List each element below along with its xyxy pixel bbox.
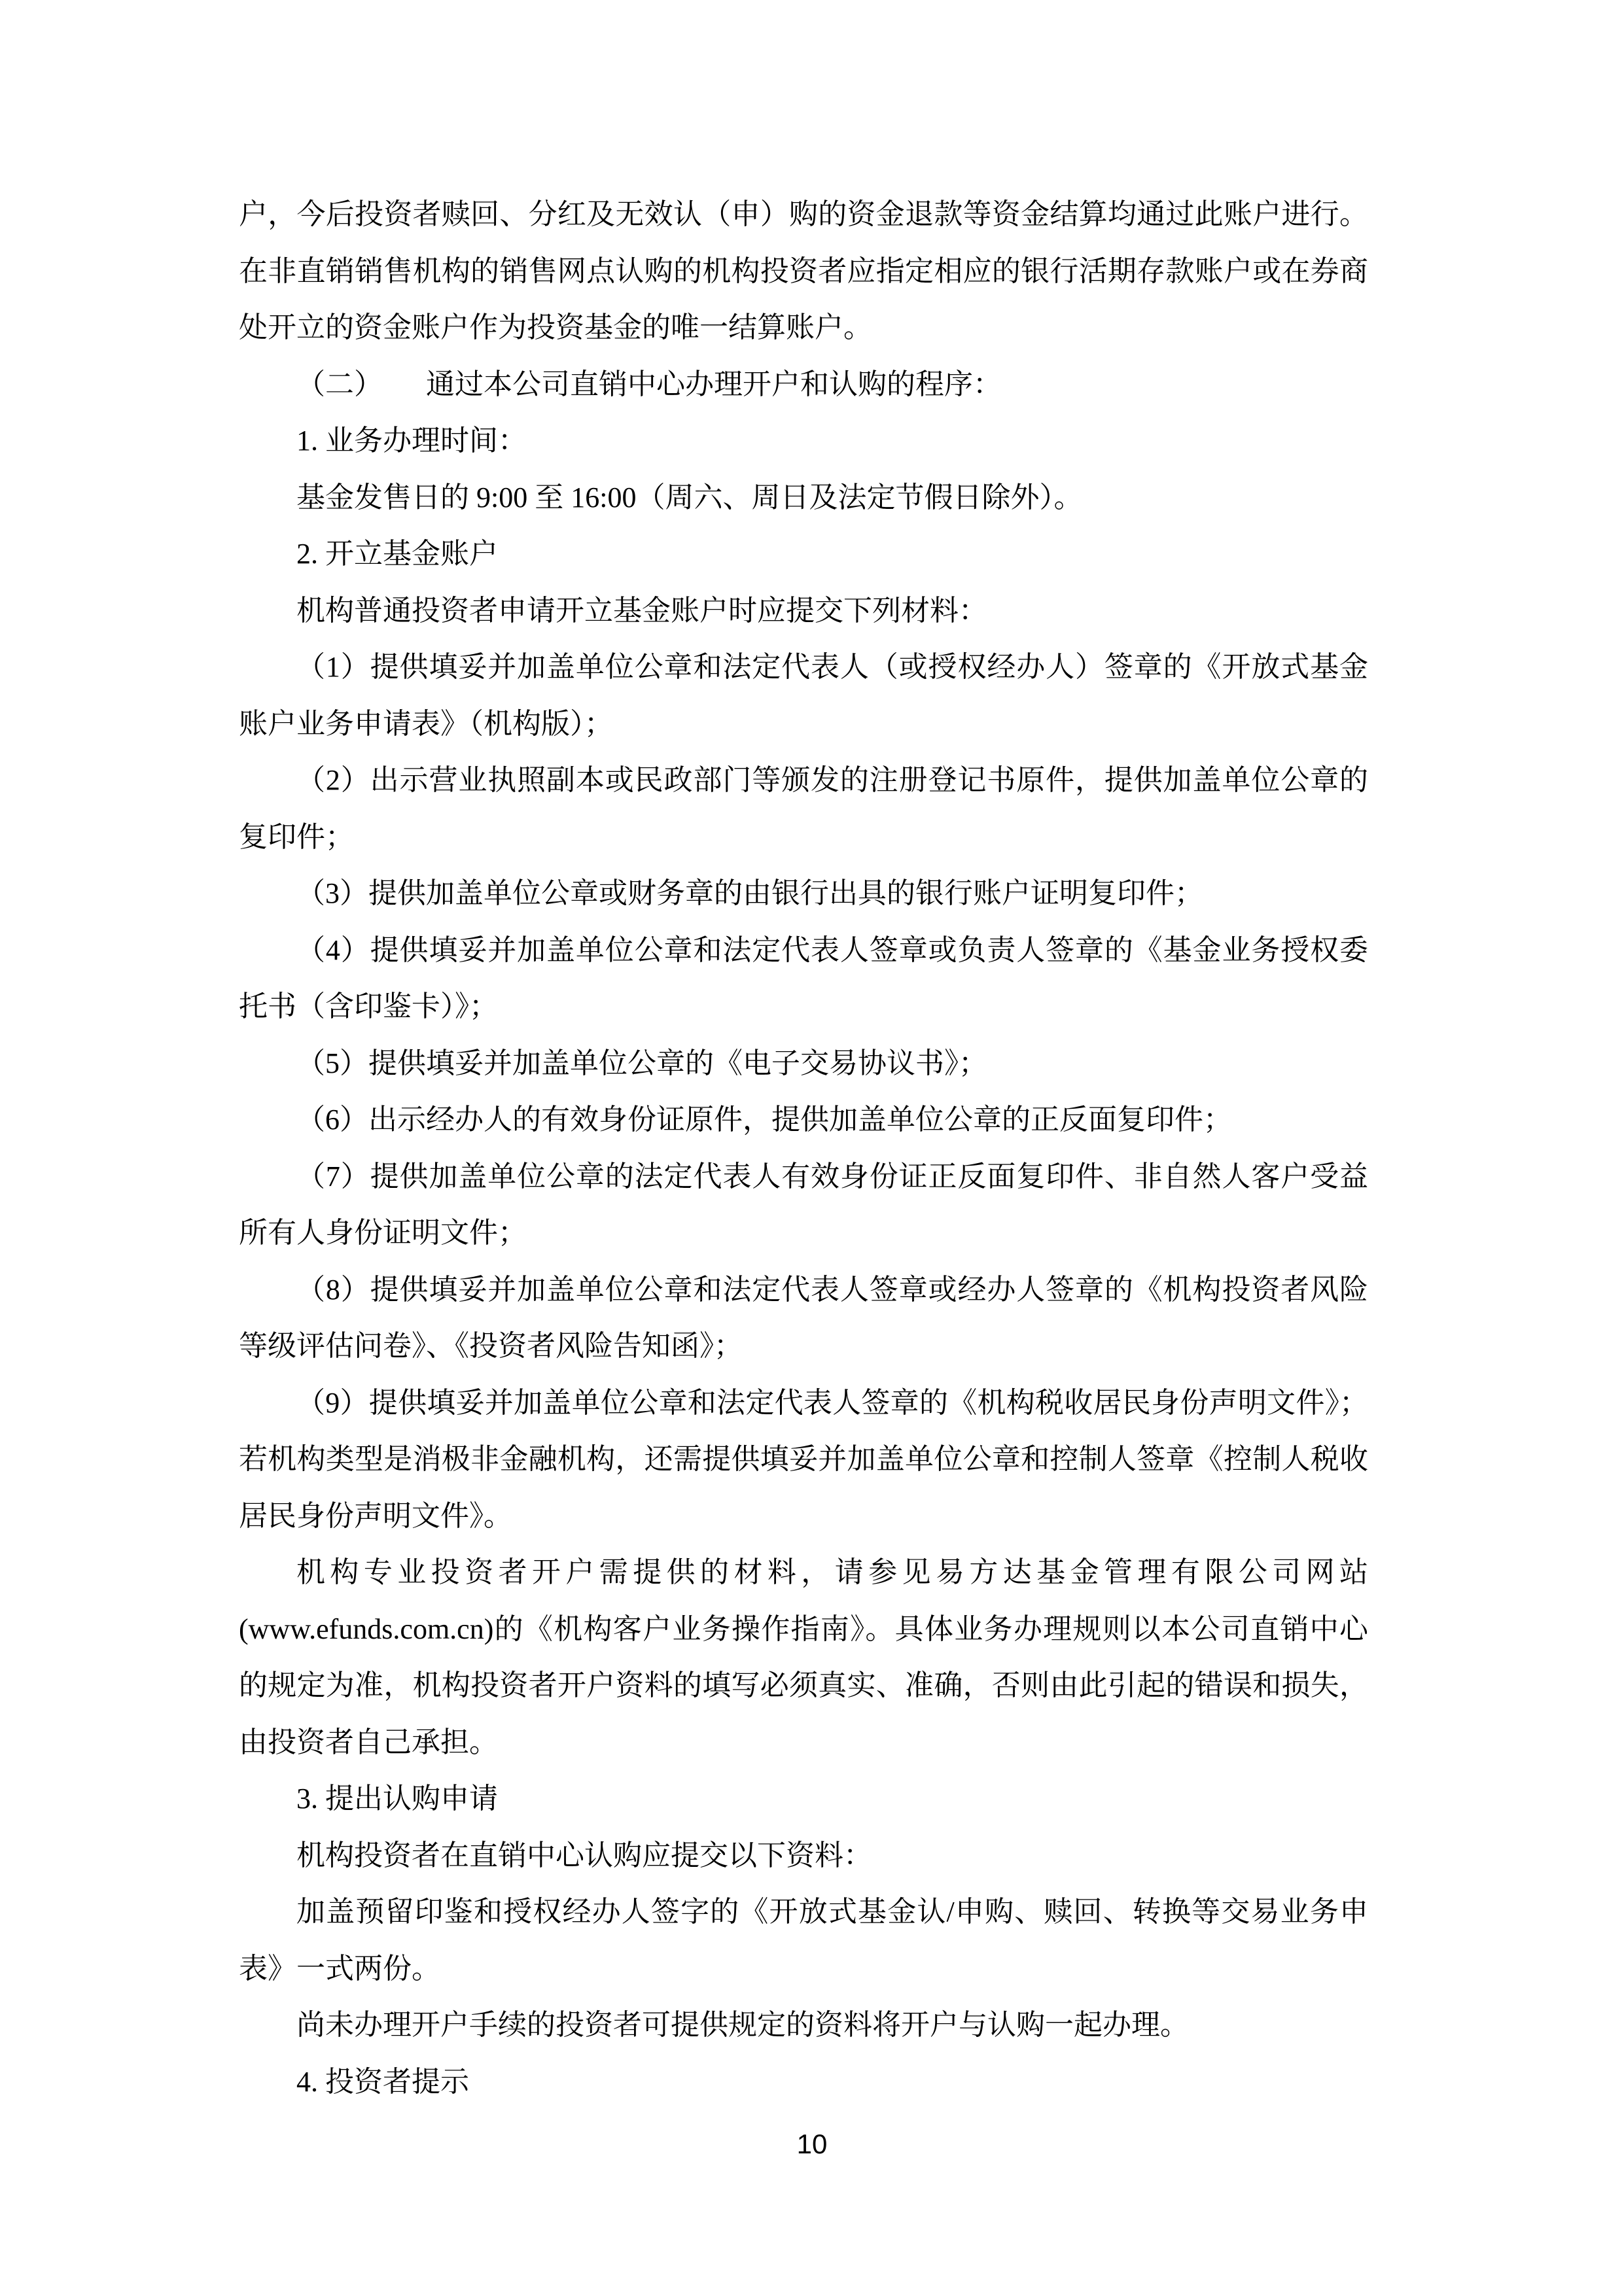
text-line: 居民身份声明文件》。 xyxy=(239,1488,1368,1545)
text-line: 基金发售日的 9:00 至 16:00（周六、周日及法定节假日除外）。 xyxy=(239,470,1368,527)
text-line: 尚未办理开户手续的投资者可提供规定的资料将开户与认购一起办理。 xyxy=(239,1997,1368,2054)
page-number: 10 xyxy=(0,2125,1624,2164)
text-line: 处开立的资金账户作为投资基金的唯一结算账户。 xyxy=(239,300,1368,357)
text-line: （7）提供加盖单位公章的法定代表人有效身份证正反面复印件、非自然人客户受益 xyxy=(239,1149,1368,1206)
text-line: 的规定为准，机构投资者开户资料的填写必须真实、准确，否则由此引起的错误和损失， xyxy=(239,1658,1368,1714)
text-line: （9）提供填妥并加盖单位公章和法定代表人签章的《机构税收居民身份声明文件》； xyxy=(239,1375,1368,1432)
text-line: （6）出示经办人的有效身份证原件，提供加盖单位公章的正反面复印件； xyxy=(239,1092,1368,1149)
document-body: 户，今后投资者赎回、分红及无效认（申）购的资金退款等资金结算均通过此账户进行。在… xyxy=(239,186,1368,2110)
text-line: 机构投资者在直销中心认购应提交以下资料： xyxy=(239,1828,1368,1885)
text-line: 托书（含印鉴卡）》； xyxy=(239,979,1368,1035)
text-line: 等级评估问卷》、《投资者风险告知函》； xyxy=(239,1318,1368,1375)
text-line: 4. 投资者提示 xyxy=(239,2054,1368,2111)
text-line: 由投资者自己承担。 xyxy=(239,1714,1368,1771)
text-line: 机构专业投资者开户需提供的材料，请参见易方达基金管理有限公司网站 xyxy=(239,1544,1368,1601)
document-page: 户，今后投资者赎回、分红及无效认（申）购的资金退款等资金结算均通过此账户进行。在… xyxy=(0,0,1624,2296)
text-line: 2. 开立基金账户 xyxy=(239,526,1368,583)
text-line: 在非直销销售机构的销售网点认购的机构投资者应指定相应的银行活期存款账户或在券商 xyxy=(239,243,1368,300)
text-line: 若机构类型是消极非金融机构，还需提供填妥并加盖单位公章和控制人签章《控制人税收 xyxy=(239,1431,1368,1488)
text-line: 户，今后投资者赎回、分红及无效认（申）购的资金退款等资金结算均通过此账户进行。 xyxy=(239,186,1368,243)
text-line: （二） 通过本公司直销中心办理开户和认购的程序： xyxy=(239,357,1368,413)
text-line: 表》一式两份。 xyxy=(239,1941,1368,1998)
text-line: （4）提供填妥并加盖单位公章和法定代表人签章或负责人签章的《基金业务授权委 xyxy=(239,922,1368,979)
text-line: （1）提供填妥并加盖单位公章和法定代表人（或授权经办人）签章的《开放式基金 xyxy=(239,639,1368,696)
text-line: 账户业务申请表》（机构版）； xyxy=(239,696,1368,753)
text-line: （2）出示营业执照副本或民政部门等颁发的注册登记书原件，提供加盖单位公章的 xyxy=(239,752,1368,809)
text-line: （3）提供加盖单位公章或财务章的由银行出具的银行账户证明复印件； xyxy=(239,865,1368,922)
text-line: （8）提供填妥并加盖单位公章和法定代表人签章或经办人签章的《机构投资者风险 xyxy=(239,1262,1368,1319)
text-line: 3. 提出认购申请 xyxy=(239,1771,1368,1828)
text-line: 加盖预留印鉴和授权经办人签字的《开放式基金认/申购、赎回、转换等交易业务申请 xyxy=(239,1884,1368,1941)
text-line: 复印件； xyxy=(239,809,1368,866)
text-line: 1. 业务办理时间： xyxy=(239,413,1368,470)
text-line: (www.efunds.com.cn)的《机构客户业务操作指南》。具体业务办理规… xyxy=(239,1601,1368,1658)
text-line: （5）提供填妥并加盖单位公章的《电子交易协议书》； xyxy=(239,1035,1368,1092)
text-line: 机构普通投资者申请开立基金账户时应提交下列材料： xyxy=(239,583,1368,640)
text-line: 所有人身份证明文件； xyxy=(239,1205,1368,1262)
